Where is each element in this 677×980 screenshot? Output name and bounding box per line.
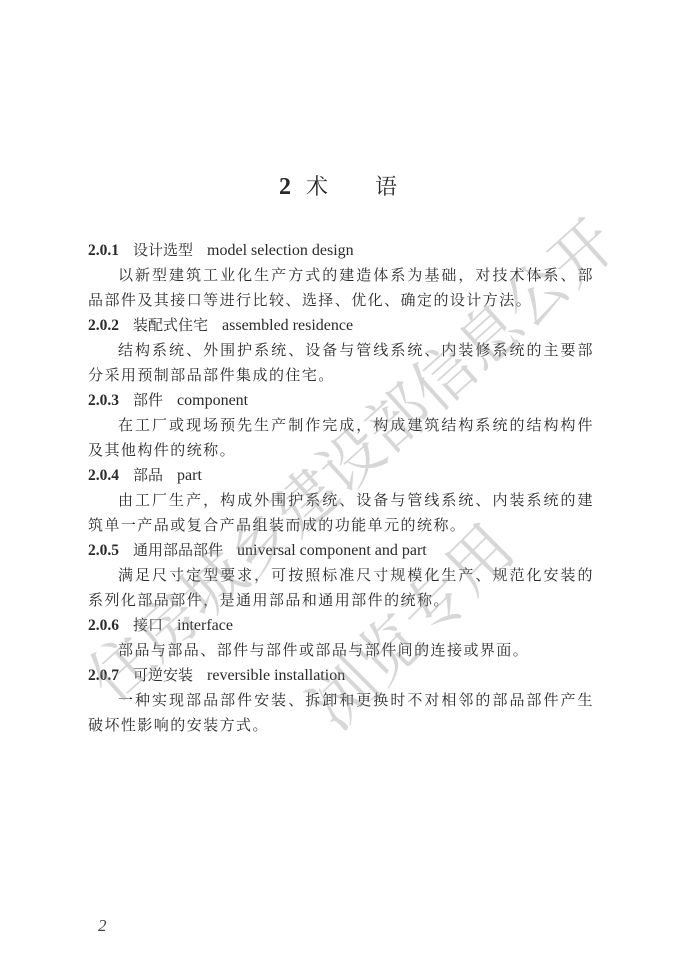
term-english: assembled residence — [222, 317, 353, 334]
term-definition: 一种实现部品部件安装、拆卸和更换时不对相邻的部品部件产生破坏性影响的安装方式。 — [88, 688, 594, 738]
term-chinese: 设计选型 — [133, 241, 193, 259]
term-chinese: 部件 — [133, 391, 163, 409]
term-definition: 由工厂生产，构成外围护系统、设备与管线系统、内装系统的建筑单一产品或复合产品组装… — [88, 488, 594, 538]
term-number: 2.0.1 — [88, 242, 119, 259]
term-number: 2.0.7 — [88, 667, 119, 684]
page-number: 2 — [98, 916, 107, 936]
term-heading: 2.0.7可逆安装reversible installation — [88, 663, 594, 688]
term-heading: 2.0.6接口interface — [88, 613, 594, 638]
term-english: part — [177, 467, 202, 484]
term-chinese: 接口 — [133, 616, 163, 634]
term-heading: 2.0.3部件component — [88, 388, 594, 413]
chapter-number: 2 — [279, 174, 292, 200]
chapter-title-part2: 语 — [375, 175, 398, 200]
term-english: model selection design — [207, 242, 354, 259]
term-heading: 2.0.4部品part — [88, 463, 594, 488]
term-heading: 2.0.2装配式住宅assembled residence — [88, 313, 594, 338]
term-chinese: 装配式住宅 — [133, 316, 208, 334]
term-number: 2.0.2 — [88, 317, 119, 334]
term-entry: 2.0.1设计选型model selection design 以新型建筑工业化… — [88, 238, 594, 313]
term-chinese: 通用部品部件 — [133, 541, 223, 559]
term-definition: 结构系统、外围护系统、设备与管线系统、内装修系统的主要部分采用预制部品部件集成的… — [88, 338, 594, 388]
term-english: interface — [177, 617, 233, 634]
term-entry: 2.0.5通用部品部件universal component and part … — [88, 538, 594, 613]
term-definition: 以新型建筑工业化生产方式的建造体系为基础，对技术体系、部品部件及其接口等进行比较… — [88, 263, 594, 313]
term-number: 2.0.4 — [88, 467, 119, 484]
term-english: universal component and part — [237, 542, 427, 559]
term-number: 2.0.6 — [88, 617, 119, 634]
term-english: component — [177, 392, 248, 409]
term-number: 2.0.3 — [88, 392, 119, 409]
term-entry: 2.0.6接口interface 部品与部品、部件与部件或部品与部件间的连接或界… — [88, 613, 594, 663]
term-chinese: 部品 — [133, 466, 163, 484]
term-definition: 部品与部品、部件与部件或部品与部件间的连接或界面。 — [88, 638, 594, 663]
term-chinese: 可逆安装 — [133, 666, 193, 684]
term-entry: 2.0.2装配式住宅assembled residence 结构系统、外围护系统… — [88, 313, 594, 388]
term-entry: 2.0.7可逆安装reversible installation 一种实现部品部… — [88, 663, 594, 738]
term-definition: 在工厂或现场预先生产制作完成，构成建筑结构系统的结构构件及其他构件的统称。 — [88, 413, 594, 463]
term-entry: 2.0.4部品part 由工厂生产，构成外围护系统、设备与管线系统、内装系统的建… — [88, 463, 594, 538]
chapter-title-part1: 术 — [306, 175, 329, 200]
document-page: 2术语 2.0.1设计选型model selection design 以新型建… — [0, 0, 677, 980]
term-number: 2.0.5 — [88, 542, 119, 559]
terms-list: 2.0.1设计选型model selection design 以新型建筑工业化… — [88, 238, 594, 738]
term-heading: 2.0.1设计选型model selection design — [88, 238, 594, 263]
term-entry: 2.0.3部件component 在工厂或现场预先生产制作完成，构成建筑结构系统… — [88, 388, 594, 463]
chapter-title: 2术语 — [0, 170, 677, 201]
term-heading: 2.0.5通用部品部件universal component and part — [88, 538, 594, 563]
term-definition: 满足尺寸定型要求，可按照标准尺寸规模化生产、规范化安装的系列化部品部件，是通用部… — [88, 563, 594, 613]
term-english: reversible installation — [207, 667, 345, 684]
